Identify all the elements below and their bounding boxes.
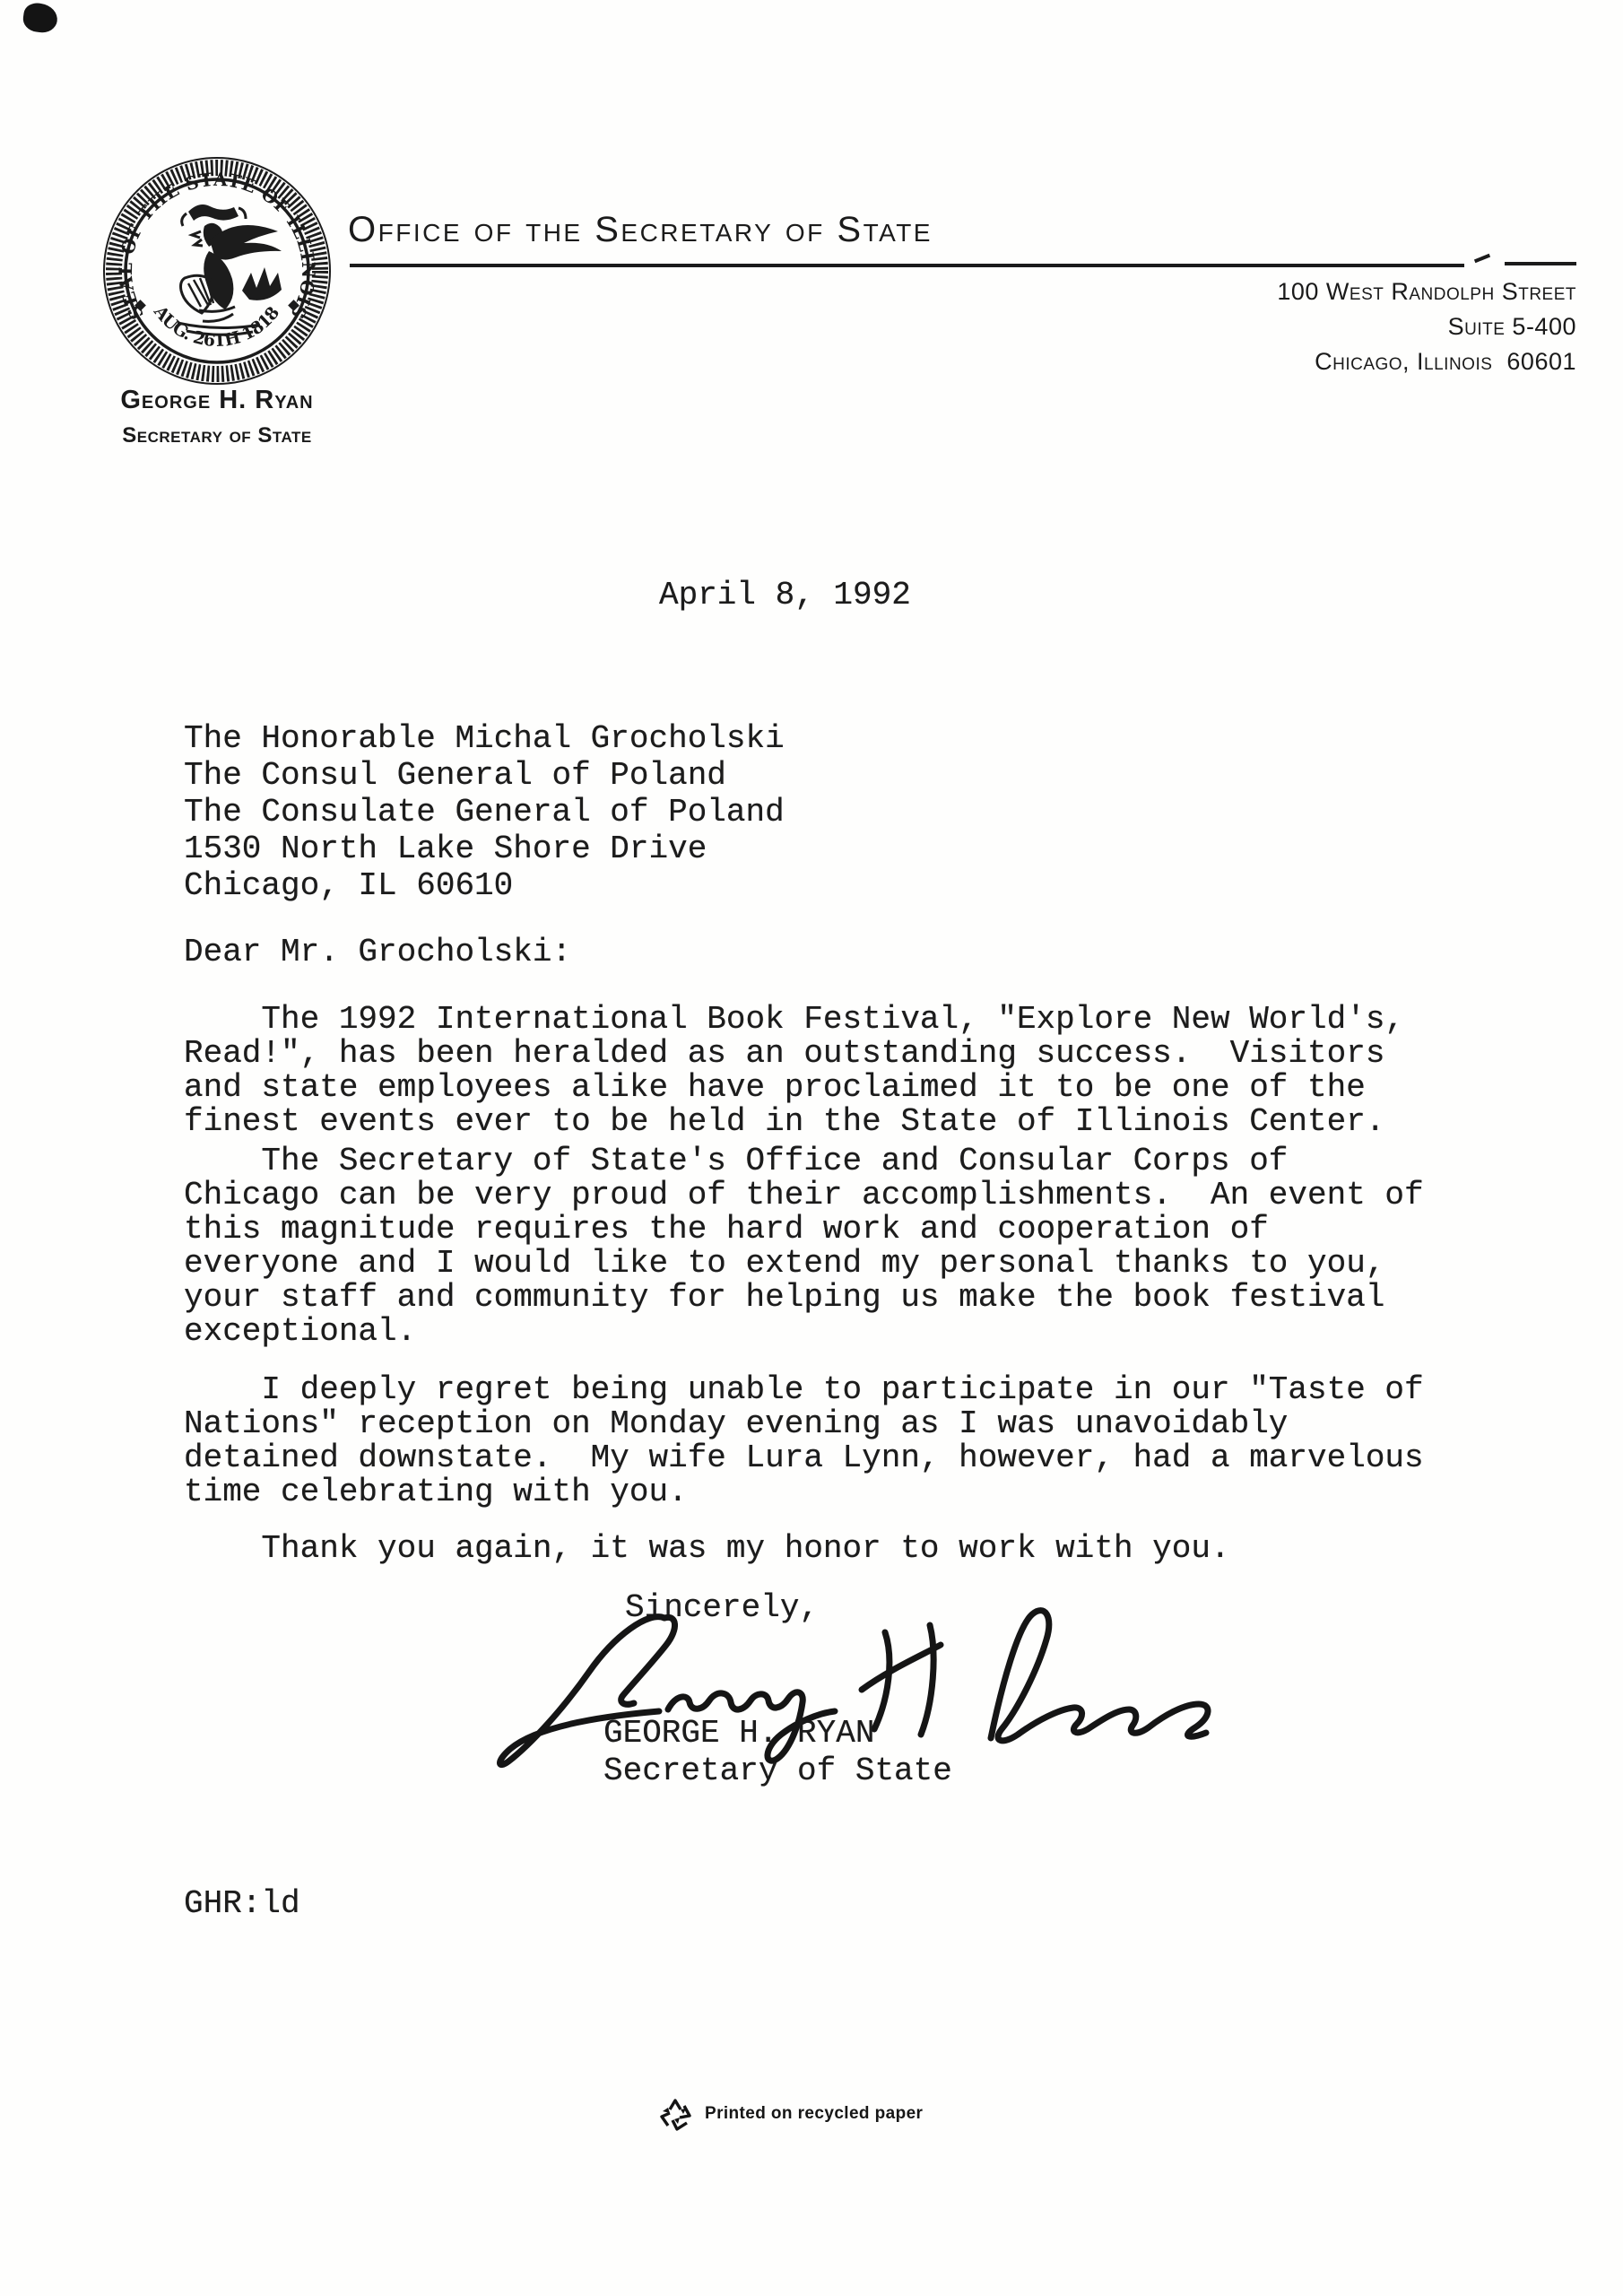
letterhead-address: 100 West Randolph Street Suite 5-400 Chi… [1184, 274, 1576, 379]
typed-signature-title: Secretary of State [603, 1754, 952, 1788]
recipient-address: The Honorable Michal Grocholski The Cons… [184, 720, 785, 904]
svg-text:AUG. 26TH 1818: AUG. 26TH 1818 [149, 301, 284, 351]
letterhead-rule-tick [1474, 254, 1490, 263]
body-paragraph-4: Thank you again, it was my honor to work… [184, 1532, 1230, 1566]
letterhead-official-title: Secretary of State [82, 423, 352, 448]
letterhead-rule [350, 264, 1464, 267]
typed-signature-name: GEORGE H. RYAN [603, 1717, 874, 1751]
body-paragraph-1: The 1992 International Book Festival, "E… [184, 1003, 1404, 1139]
letterhead-official-name: George H. Ryan [82, 386, 352, 415]
reference-initials: GHR:ld [184, 1887, 300, 1921]
body-paragraph-3: I deeply regret being unable to particip… [184, 1373, 1424, 1509]
recycled-paper-note: Printed on recycled paper [705, 2104, 923, 2124]
salutation: Dear Mr. Grocholski: [184, 935, 571, 970]
office-title: Office of the Secretary of State [348, 210, 933, 250]
illinois-state-seal-icon: SEAL OF THE STATE OF ILLINOIS AUG. 26TH … [100, 154, 334, 387]
body-paragraph-2: The Secretary of State's Office and Cons… [184, 1144, 1424, 1349]
recycle-icon [657, 2095, 697, 2133]
seal-bottom-text: AUG. 26TH 1818 [149, 301, 284, 351]
footer: Printed on recycled paper [657, 2095, 923, 2133]
letterhead-rule-right [1505, 262, 1576, 265]
letter-page: SEAL OF THE STATE OF ILLINOIS AUG. 26TH … [0, 0, 1623, 2296]
scan-artifact [22, 2, 59, 35]
letter-date: April 8, 1992 [659, 578, 911, 613]
